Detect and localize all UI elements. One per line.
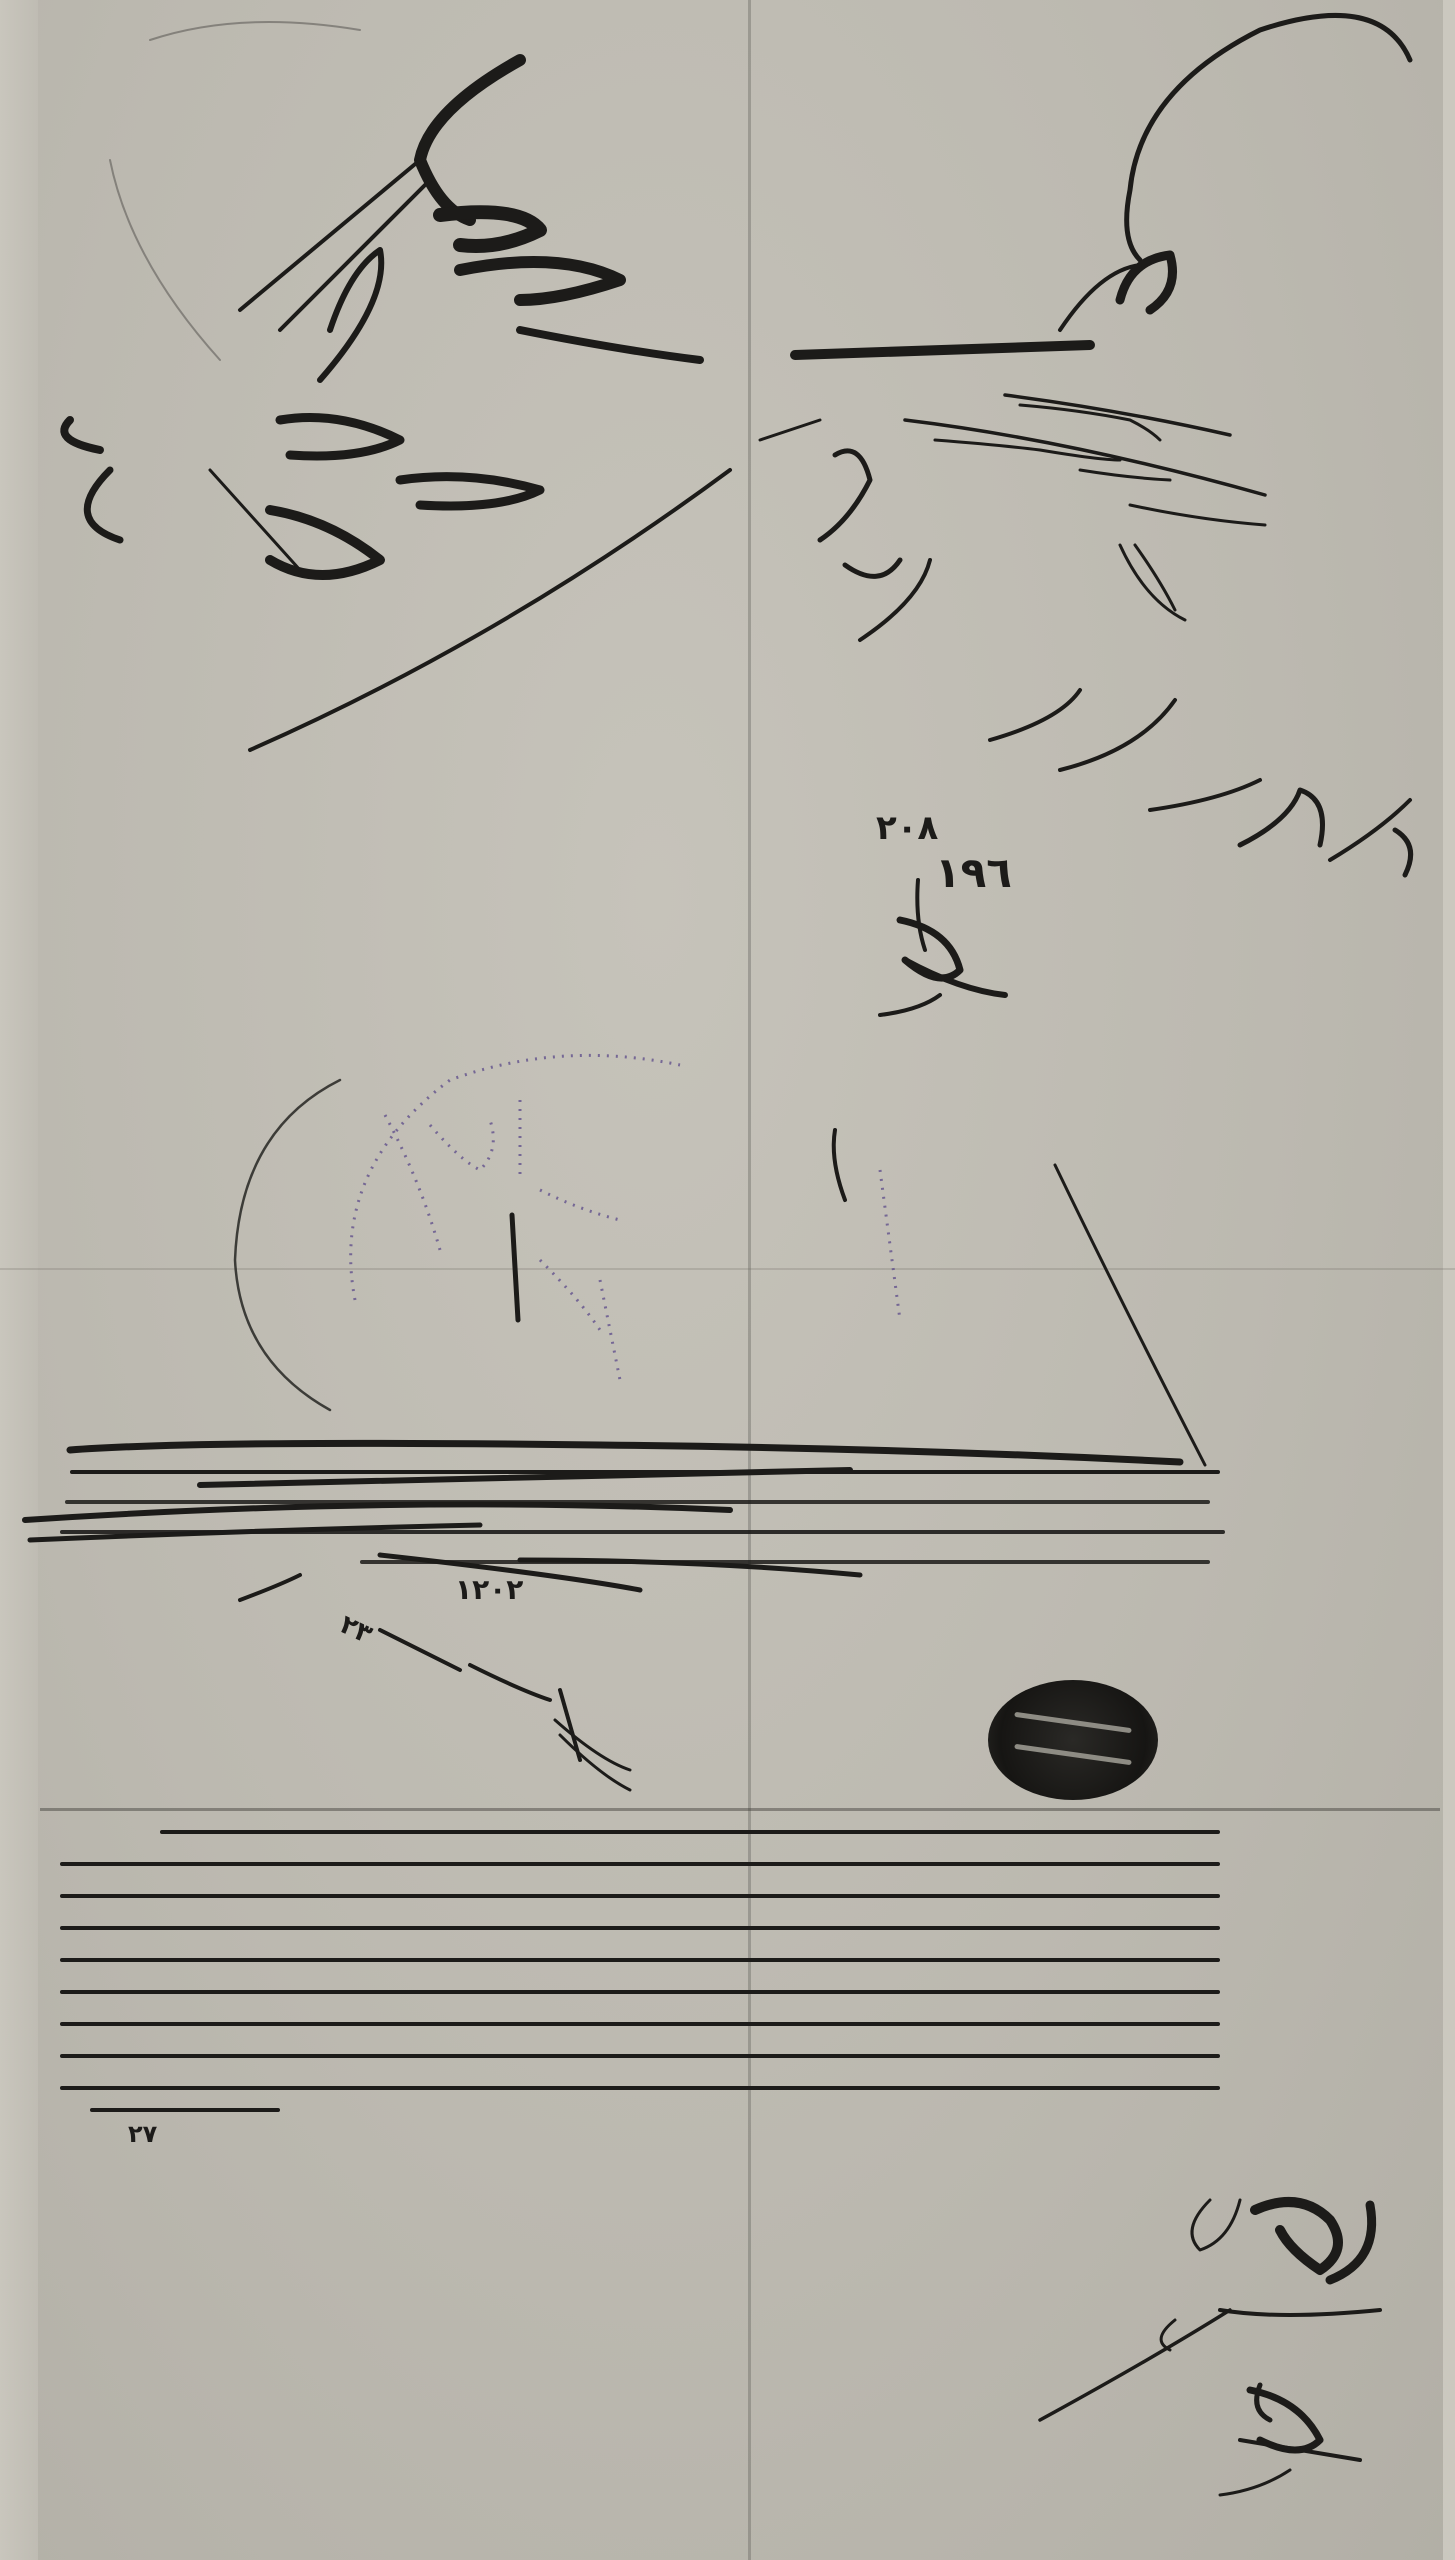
- lower-text-line: [160, 1830, 1220, 1834]
- purple-perforated-stamp: [235, 1055, 1205, 1465]
- seal-band: [1014, 1712, 1132, 1733]
- black-ink-seal: [988, 1680, 1158, 1800]
- marginal-note-lines: [905, 395, 1265, 620]
- top-left-signature-flourish: [64, 60, 730, 750]
- lower-text-line: [60, 2054, 1220, 2058]
- lower-text-line: [60, 1926, 1220, 1930]
- lower-text-line: [60, 1894, 1220, 1898]
- diagonal-annotation: [760, 420, 1411, 875]
- registry-number-upper: ٢٠٨: [876, 808, 938, 848]
- calligraphy-layer: [0, 0, 1455, 2560]
- middle-text-line: [360, 1560, 1210, 1564]
- registry-signature: [880, 880, 1005, 1015]
- middle-text-line: [70, 1470, 1220, 1474]
- middle-text-line: [65, 1500, 1210, 1504]
- lower-text-line: [60, 1862, 1220, 1866]
- lower-text-line: [60, 1990, 1220, 1994]
- middle-block-year: ١٢٠٢: [455, 1573, 523, 1606]
- lower-text-line: [90, 2108, 280, 2112]
- top-right-tughra-flourish: [795, 15, 1410, 355]
- document-page: ٢٠٨ ١٩٦ ١٢٠٢ ٢٣ ٢٧: [0, 0, 1455, 2560]
- lower-block-closing-numerals: ٢٧: [128, 2120, 157, 2148]
- seal-band: [1014, 1744, 1132, 1765]
- bottom-right-signature: [1040, 2200, 1380, 2495]
- registry-number-lower: ١٩٦: [935, 848, 1012, 897]
- middle-text-block-strokes: [25, 1443, 1180, 1600]
- middle-annotation: [380, 1630, 630, 1790]
- lower-text-line: [60, 2086, 1220, 2090]
- lower-text-line: [60, 1958, 1220, 1962]
- lower-text-line: [60, 2022, 1220, 2026]
- middle-text-line: [60, 1530, 1225, 1534]
